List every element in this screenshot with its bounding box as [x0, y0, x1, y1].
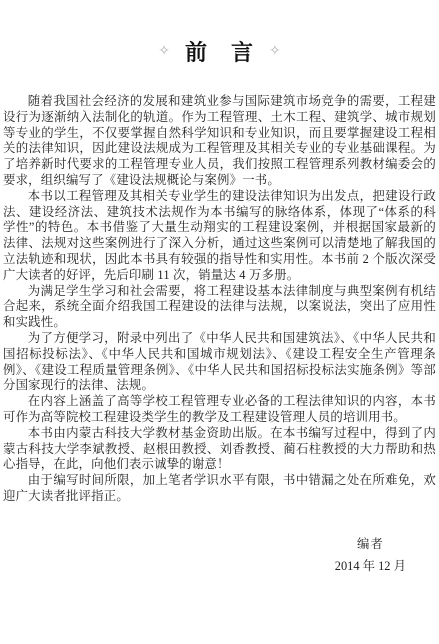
signature-date: 2014 年 12 月	[335, 555, 406, 577]
preface-paragraph-6: 本书由内蒙古科技大学教材基金资助出版。在本书编写过程中，得到了内蒙古科技大学李斌…	[3, 426, 436, 473]
preface-paragraph-7: 由于编写时间所限，加上笔者学识水平有限，书中错漏之处在所难免，欢迎广大读者批评指…	[3, 473, 436, 505]
preface-paragraph-2: 本书以工程管理及其相关专业学生的建设法律知识为出发点，把建设行政法、建设经济法、…	[3, 189, 436, 284]
preface-paragraph-5: 在内容上涵盖了高等学校工程管理专业必备的工程法律知识的内容，本书可作为高等院校工…	[3, 394, 436, 426]
sparkle-left-icon: ✧	[158, 45, 170, 59]
sparkle-right-icon: ✧	[269, 45, 281, 59]
signature-author: 编者	[335, 533, 406, 555]
preface-paragraph-3: 为满足学生学习和社会需要，将工程建设基本法律制度与典型案例有机结合起来，系统全面…	[3, 284, 436, 331]
preface-page: ✧ 前 言 ✧ 随着我国社会经济的发展和建筑业参与国际建筑市场竞争的需要，工程建…	[0, 0, 439, 644]
page-title: ✧ 前 言 ✧	[3, 36, 436, 67]
signature-block: 编者 2014 年 12 月	[335, 533, 406, 577]
page-title-text: 前 言	[185, 36, 254, 67]
preface-paragraph-1: 随着我国社会经济的发展和建筑业参与国际建筑市场竞争的需要，工程建设行为逐渐纳入法…	[3, 94, 436, 189]
preface-body: 随着我国社会经济的发展和建筑业参与国际建筑市场竞争的需要，工程建设行为逐渐纳入法…	[3, 94, 436, 505]
preface-paragraph-4: 为了方便学习，附录中列出了《中华人民共和国建筑法》、《中华人民共和国招标投标法》…	[3, 331, 436, 394]
